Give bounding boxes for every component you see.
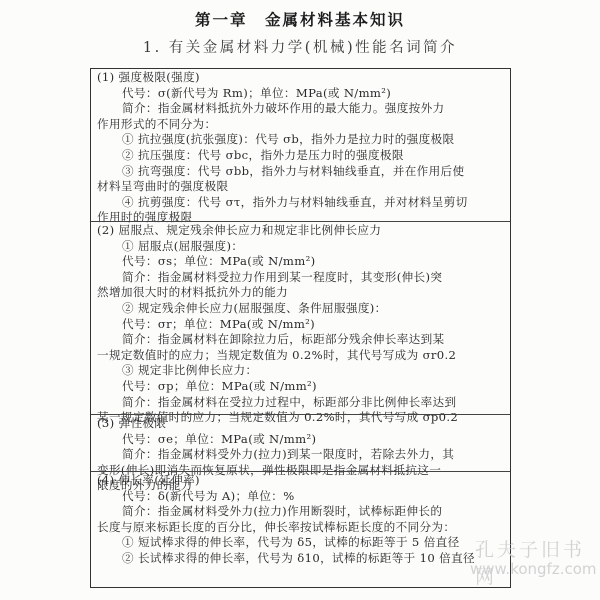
section-elastic-limit: (3) 弹性极限代号：σe；单位：MPa(或 N/mm²)简介：指金属材料受外力… [91,414,510,471]
text-line: 简介：指金属材料在卸除拉力后，标距部分残余伸长率达到某 [97,332,505,348]
text-line: 长度与原来标距长度的百分比，伸长率按试棒标距长度的不同分为： [97,520,505,536]
text-line: (1) 强度极限(强度) [97,70,505,86]
text-line: ② 规定残余伸长应力(屈服强度、条件屈服强度)： [97,301,505,317]
text-line: ③ 规定非比例伸长应力： [97,363,505,379]
text-line: ① 短试棒求得的伸长率，代号为 δ5，试棒的标距等于 5 倍直径 [97,535,505,551]
text-line: ③ 抗弯强度：代号 σbb，指外力与材料轴线垂直，并在作用后使 [97,164,505,180]
watermark-url: www.kongfz.com [470,560,597,578]
text-line: 代号：σs；单位：MPa(或 N/mm²) [97,254,505,270]
text-line: ① 抗拉强度(抗张强度)：代号 σb，指外力是拉力时的强度极限 [97,132,505,148]
text-line: ② 长试棒求得的伸长率，代号为 δ10，试棒的标距等于 10 倍直径 [97,551,505,567]
text-line: 作用形式的不同分为： [97,117,505,133]
text-line: (4) 伸长率(延伸率) [97,473,505,489]
definitions-box: (1) 强度极限(强度)代号：σ(新代号为 Rm)；单位：MPa(或 N/mm²… [90,68,511,588]
text-line: 简介：指金属材料抵抗外力破坏作用的最大能力。强度按外力 [97,101,505,117]
section-yield: (2) 屈服点、规定残余伸长应力和规定非比例伸长应力① 屈服点(屈服强度)：代号… [91,221,510,414]
section-elongation: (4) 伸长率(延伸率)代号：δ(新代号为 A)；单位：%简介：指金属材料受外力… [91,471,510,589]
text-line: ① 屈服点(屈服强度)： [97,239,505,255]
section-title: 1. 有关金属材料力学(机械)性能名词简介 [0,36,600,57]
section-strength: (1) 强度极限(强度)代号：σ(新代号为 Rm)；单位：MPa(或 N/mm²… [91,69,510,221]
text-line: 简介：指金属材料在受拉力过程中，标距部分非比例伸长率达到 [97,395,505,411]
text-line: 简介：指金属材料受拉力作用到某一程度时，其变形(伸长)突 [97,270,505,286]
text-line: (2) 屈服点、规定残余伸长应力和规定非比例伸长应力 [97,223,505,239]
text-line: 代号：σ(新代号为 Rm)；单位：MPa(或 N/mm²) [97,86,505,102]
text-line: ② 抗压强度：代号 σbc，指外力是压力时的强度极限 [97,148,505,164]
text-line: 代号：δ(新代号为 A)；单位：% [97,489,505,505]
text-line: 一规定数值时的应力；当规定数值为 0.2%时，其代号写成为 σr0.2 [97,348,505,364]
text-line: 代号：σp；单位：MPa(或 N/mm²) [97,379,505,395]
text-line: 简介：指金属材料受外力(拉力)作用断裂时，试棒标距伸长的 [97,504,505,520]
text-line: (3) 弹性极限 [97,416,505,432]
text-line: 代号：σe；单位：MPa(或 N/mm²) [97,432,505,448]
chapter-title: 第一章 金属材料基本知识 [0,8,600,30]
text-line: 然增加很大时的材料抵抗外力的能力 [97,285,505,301]
text-line: 代号：σr；单位：MPa(或 N/mm²) [97,317,505,333]
text-line: 简介：指金属材料受外力(拉力)到某一限度时，若除去外力，其 [97,447,505,463]
text-line: ④ 抗剪强度：代号 στ，指外力与材料轴线垂直，并对材料呈剪切 [97,195,505,211]
text-line: 材料呈弯曲时的强度极限 [97,179,505,195]
